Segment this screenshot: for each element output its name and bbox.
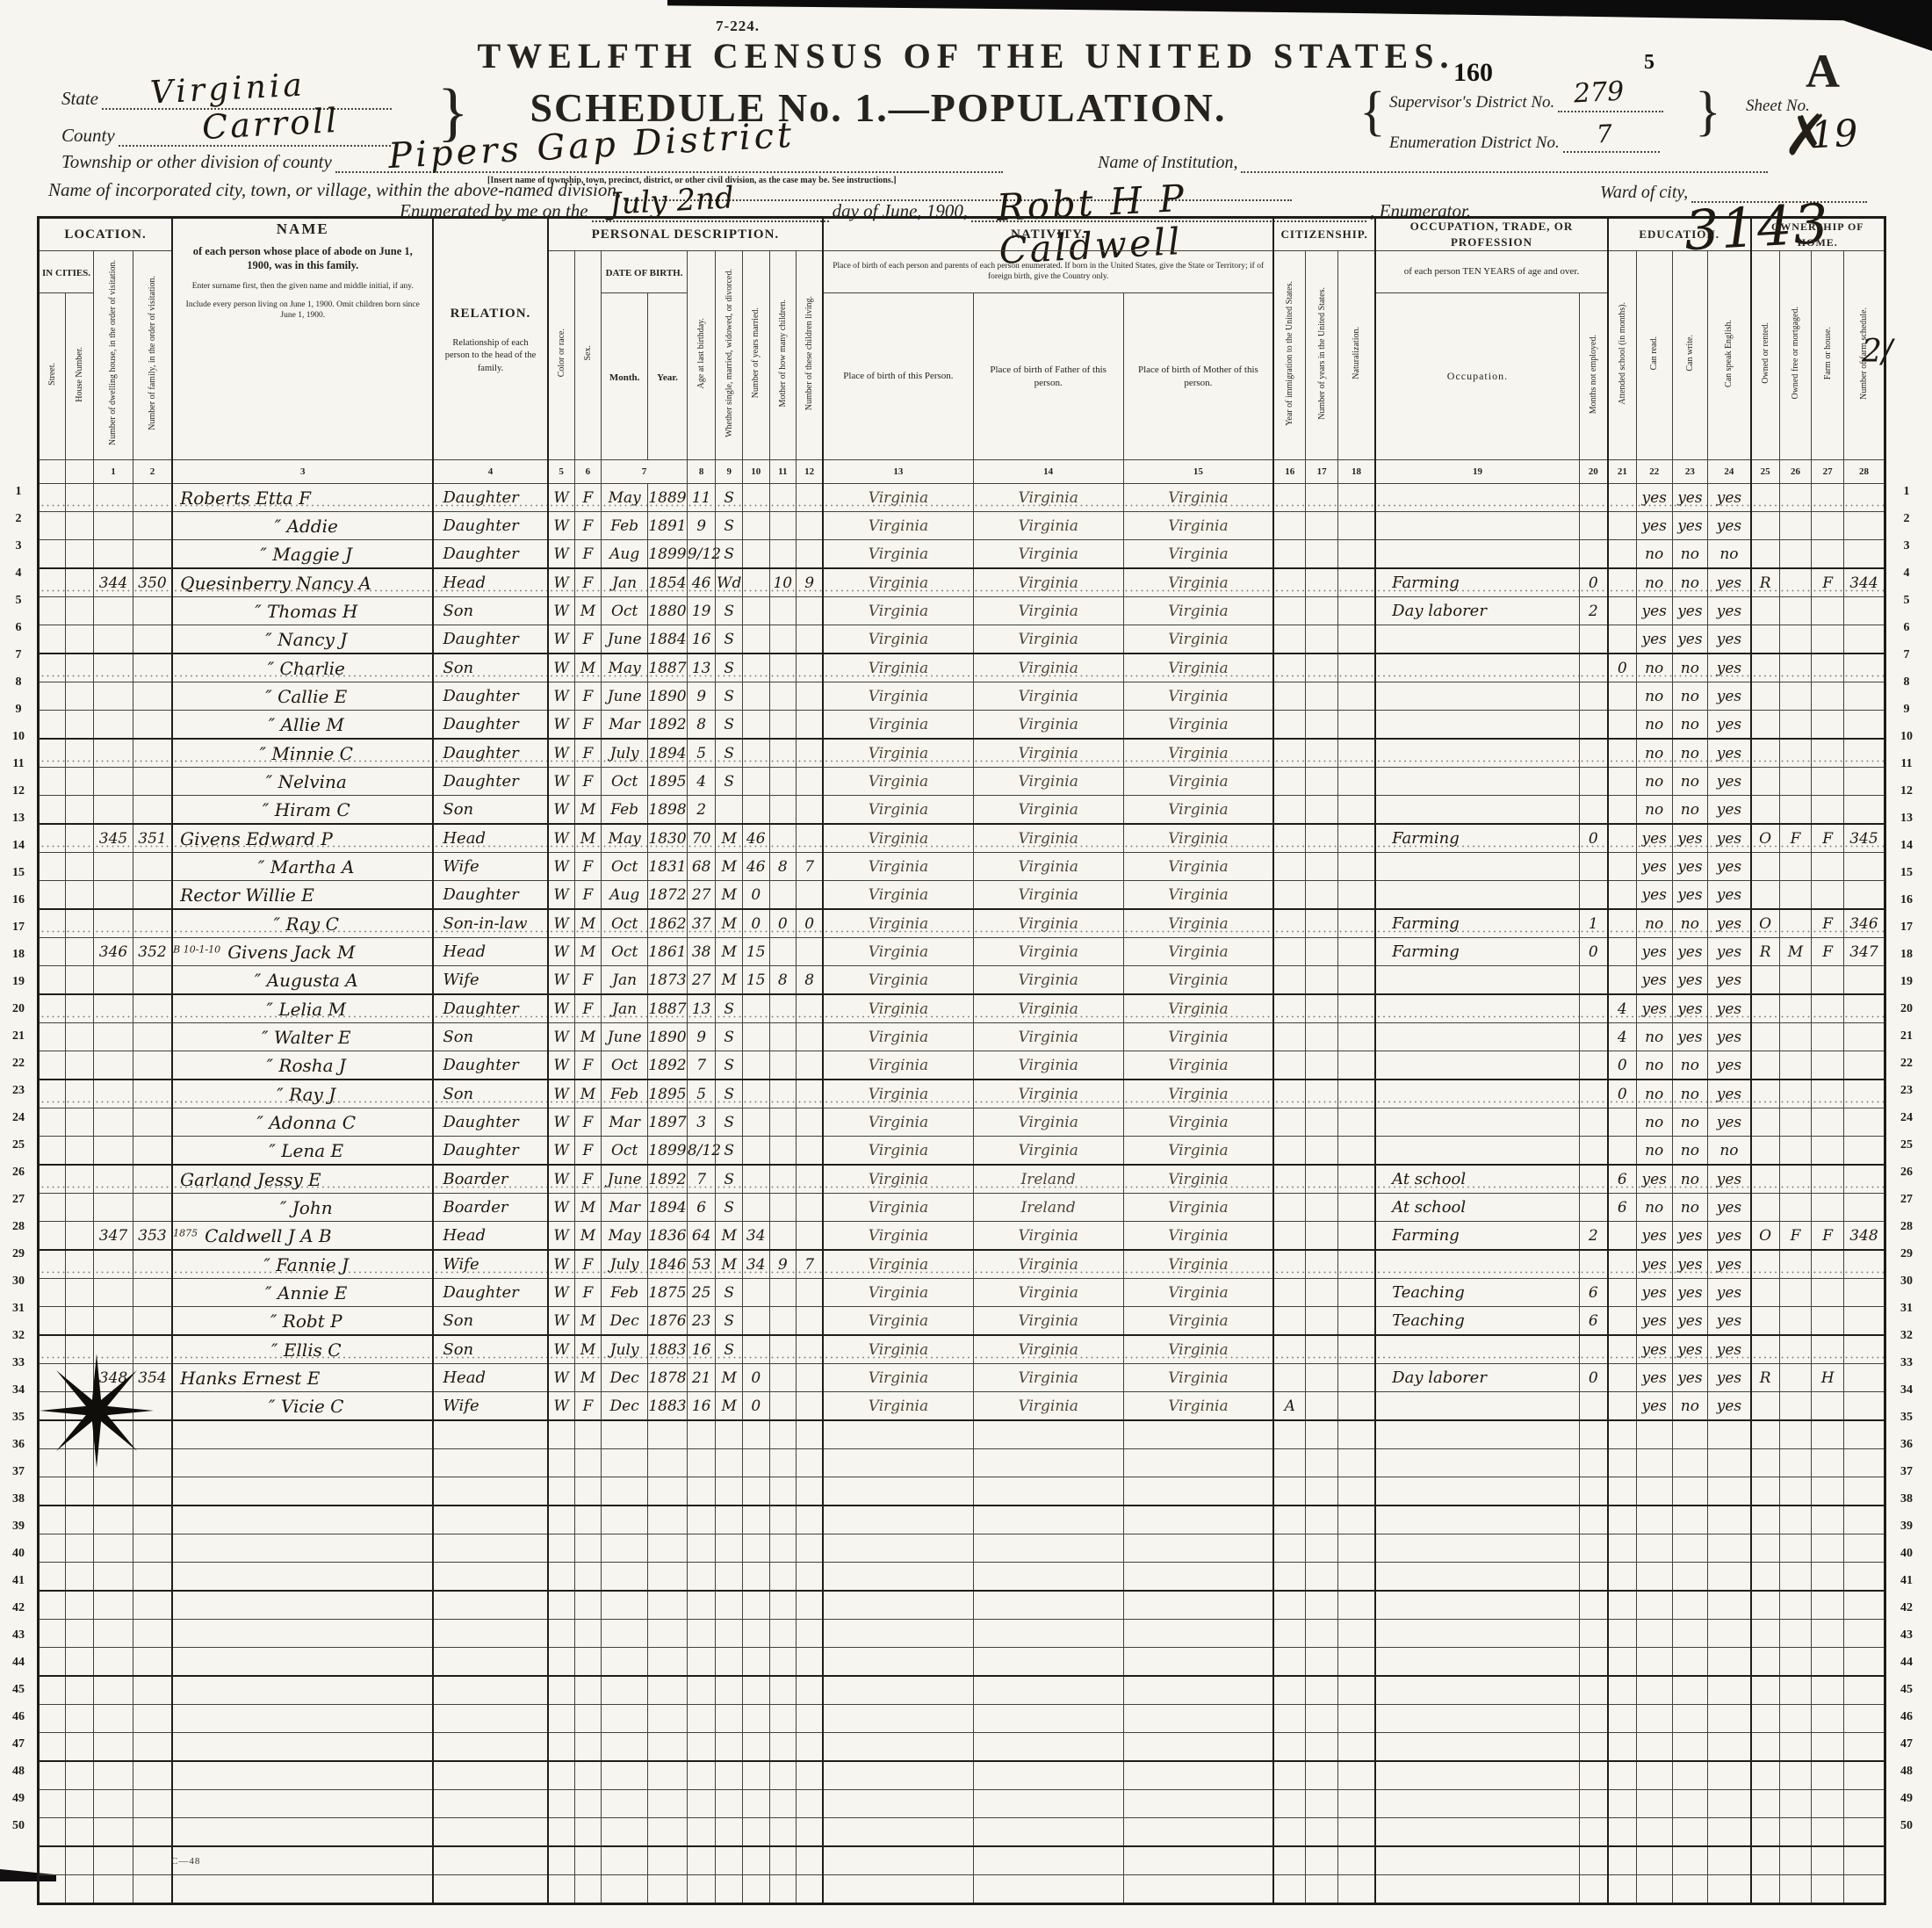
cell-pobm: Virginia — [1123, 1222, 1273, 1251]
handwritten-entry: Day laborer — [1376, 1368, 1487, 1387]
handwritten-entry: Farming — [1376, 942, 1460, 961]
cell-street — [39, 1761, 66, 1790]
handwritten-entry: M — [722, 830, 737, 848]
cell-house — [65, 1108, 94, 1137]
cell-mne — [1579, 540, 1608, 569]
col-children-living-label: Number of these children living. — [804, 293, 814, 413]
cell-sex: M — [574, 653, 602, 682]
cell-fh — [1812, 1477, 1844, 1506]
handwritten-entry: Wife — [434, 857, 479, 876]
cell-year: 1892 — [648, 1165, 688, 1194]
handwritten-entry: yes — [1677, 517, 1702, 535]
row-number: 14 — [4, 832, 33, 859]
cell-mtg — [1779, 1620, 1812, 1648]
cell-own — [1751, 512, 1780, 540]
cell-sex — [574, 1875, 602, 1904]
cell-mom: 8 — [769, 853, 797, 881]
handwritten-entry: yes — [1677, 489, 1702, 507]
cell-read: no — [1636, 682, 1672, 711]
handwritten-entry: S — [724, 1142, 734, 1159]
cell-street — [39, 1108, 66, 1137]
cell-dw — [94, 1818, 133, 1847]
enumeration-value: 7 — [1596, 119, 1613, 149]
handwritten-entry: Daughter — [434, 1283, 518, 1302]
cell-c17 — [1306, 711, 1338, 740]
handwritten-entry: yes — [1717, 886, 1741, 904]
cell-month — [602, 1846, 648, 1875]
cell-read — [1636, 1477, 1672, 1506]
cell-sex — [574, 1648, 602, 1677]
cell-name: ″ Augusta A — [172, 966, 433, 995]
cell-street — [39, 938, 66, 966]
cell-c17 — [1306, 1620, 1338, 1648]
handwritten-entry: no — [1645, 801, 1663, 819]
cell-house — [65, 994, 94, 1023]
cell-sex: M — [574, 1222, 602, 1251]
cell-fh — [1812, 796, 1844, 825]
cell-read: yes — [1636, 1364, 1672, 1392]
cell-mom — [769, 1761, 797, 1790]
handwritten-entry: yes — [1717, 943, 1741, 961]
cell-read — [1636, 1534, 1672, 1563]
cell-sch — [1608, 625, 1637, 654]
township-label: Township or other division of county — [61, 151, 332, 172]
cell-liv — [797, 1194, 824, 1222]
cell-dw — [94, 739, 133, 768]
cell-write: no — [1672, 711, 1708, 740]
handwritten-entry: Virginia — [1018, 517, 1078, 535]
handwritten-entry: no — [1681, 1199, 1699, 1217]
cell-occ — [1375, 853, 1579, 881]
table-row: 346352B 10-1-10Givens Jack MHeadWMOct186… — [39, 938, 1885, 966]
cell-rel — [433, 1761, 547, 1790]
cell-sex: F — [574, 966, 602, 995]
handwritten-entry: Virginia — [869, 1227, 928, 1245]
cell-own: O — [1751, 824, 1780, 853]
cell-occ: Teaching — [1375, 1279, 1579, 1307]
cell-mar: S — [716, 739, 743, 768]
handwritten-entry: Aug — [609, 545, 639, 563]
cell-pob — [823, 1705, 973, 1733]
cell-mar: S — [716, 1194, 743, 1222]
table-row: ″ Ray JSonWMFeb18955SVirginiaVirginiaVir… — [39, 1080, 1885, 1108]
cell-pobf: Virginia — [973, 1335, 1123, 1364]
handwritten-entry: W — [553, 574, 568, 592]
cell-occ — [1375, 1818, 1579, 1847]
cell-own — [1751, 1790, 1780, 1818]
cell-liv — [797, 1392, 824, 1421]
cell-dw — [94, 1051, 133, 1080]
cell-dw — [94, 853, 133, 881]
cell-sex — [574, 1563, 602, 1592]
cell-pob: Virginia — [823, 938, 973, 966]
cell-liv — [797, 1137, 824, 1166]
cell-write — [1672, 1534, 1708, 1563]
handwritten-entry: F — [583, 688, 594, 705]
handwritten-entry: 344 — [1849, 574, 1878, 592]
handwritten-entry: Virginia — [1168, 489, 1228, 507]
cell-liv — [797, 1307, 824, 1336]
handwritten-entry: Ireland — [1021, 1171, 1076, 1188]
handwritten-entry: Virginia — [869, 1029, 928, 1046]
row-number: 30 — [4, 1267, 33, 1295]
cell-occ: Farming — [1375, 1222, 1579, 1251]
cell-write: yes — [1672, 853, 1708, 881]
handwritten-entry: 1892 — [648, 1057, 686, 1074]
handwritten-entry: Virginia — [1168, 1086, 1228, 1103]
table-row: ″ Thomas HSonWMOct188019SVirginiaVirgini… — [39, 597, 1885, 625]
cell-c16 — [1273, 1733, 1306, 1762]
handwritten-entry: M — [580, 1029, 595, 1046]
cell-year — [648, 1506, 688, 1534]
cell-dw: 347 — [94, 1222, 133, 1251]
cell-mtg — [1779, 796, 1812, 825]
handwritten-entry: W — [553, 745, 568, 762]
handwritten-entry: 1883 — [648, 1341, 686, 1359]
cell-year: 1861 — [648, 938, 688, 966]
row-number: 12 — [4, 777, 33, 805]
cell-own — [1751, 1534, 1780, 1563]
cell-age: 9 — [687, 512, 716, 540]
handwritten-entry: ″ Nelvina — [259, 771, 347, 792]
cell-rel: Daughter — [433, 1108, 547, 1137]
handwritten-entry: Son-in-law — [434, 914, 527, 933]
handwritten-entry: yes — [1677, 830, 1702, 848]
cell-mtg — [1779, 1563, 1812, 1592]
handwritten-entry: 1876 — [648, 1312, 686, 1330]
cell-own — [1751, 796, 1780, 825]
cell-mom — [769, 1279, 797, 1307]
cell-age — [687, 1620, 716, 1648]
handwritten-entry: yes — [1717, 1171, 1741, 1188]
handwritten-entry: 1891 — [648, 517, 686, 535]
cell-read: no — [1636, 739, 1672, 768]
cell-write: yes — [1672, 966, 1708, 995]
column-numbers-row: 12 3 4 56 7 89101112 131415 161718 1920 … — [39, 460, 1885, 484]
cell-mar — [716, 1563, 743, 1592]
group-location: LOCATION. — [64, 227, 146, 242]
cell-yrs: 15 — [742, 938, 769, 966]
handwritten-entry: S — [724, 631, 734, 648]
cell-sex: F — [574, 881, 602, 910]
cell-color: W — [548, 1137, 575, 1166]
handwritten-entry: 1887 — [648, 660, 686, 677]
cell-mtg — [1779, 853, 1812, 881]
row-number: 5 — [4, 587, 33, 614]
cell-house — [65, 1222, 94, 1251]
handwritten-entry: 1890 — [648, 1029, 686, 1046]
cell-age — [687, 1818, 716, 1847]
cell-rel: Son — [433, 597, 547, 625]
cell-sex: M — [574, 909, 602, 938]
cell-mne — [1579, 653, 1608, 682]
handwritten-entry: Boarder — [434, 1170, 508, 1188]
row-number: 41 — [1892, 1567, 1921, 1594]
handwritten-entry: F — [583, 1142, 594, 1159]
cell-mom — [769, 1023, 797, 1051]
table-row: ″ Walter ESonWMJune18909SVirginiaVirgini… — [39, 1023, 1885, 1051]
cell-age: 19 — [687, 597, 716, 625]
cell-liv: 0 — [797, 909, 824, 938]
handwritten-entry: yes — [1717, 1341, 1741, 1359]
cell-sch — [1608, 796, 1637, 825]
handwritten-entry: ″ Maggie J — [254, 544, 352, 565]
handwritten-entry: Virginia — [1018, 1341, 1078, 1359]
cell-write — [1672, 1733, 1708, 1762]
cell-liv — [797, 1846, 824, 1875]
cell-c17 — [1306, 1279, 1338, 1307]
cell-own: O — [1751, 1222, 1780, 1251]
row-number: 20 — [1892, 995, 1921, 1022]
cell-c16 — [1273, 1023, 1306, 1051]
cell-mtg — [1779, 1392, 1812, 1421]
handwritten-entry: Virginia — [869, 830, 928, 848]
handwritten-entry: yes — [1642, 943, 1667, 961]
cell-pobf — [973, 1449, 1123, 1477]
cell-mtg — [1779, 909, 1812, 938]
cell-fs — [1843, 597, 1885, 625]
cell-color: W — [548, 597, 575, 625]
cell-color — [548, 1733, 575, 1762]
cell-yrs: 34 — [742, 1222, 769, 1251]
row-number: 44 — [4, 1649, 33, 1676]
cell-own: R — [1751, 1364, 1780, 1392]
cell-eng: yes — [1708, 768, 1751, 796]
census-rows: Roberts Etta FDaughterWFMay188911SVirgin… — [39, 484, 1885, 1904]
cell-fs — [1843, 1733, 1885, 1762]
cell-occ — [1375, 881, 1579, 910]
cell-mtg — [1779, 1705, 1812, 1733]
cell-name — [172, 1875, 433, 1904]
handwritten-entry: 0 — [1618, 1057, 1627, 1074]
cell-fam — [133, 1563, 172, 1592]
cell-c16 — [1273, 796, 1306, 825]
cell-occ — [1375, 1733, 1579, 1762]
handwritten-entry: 6 — [1589, 1284, 1598, 1302]
cell-fs — [1843, 1364, 1885, 1392]
handwritten-entry: M — [580, 1341, 595, 1359]
cell-sch — [1608, 1420, 1637, 1449]
handwritten-entry: Daughter — [434, 516, 518, 535]
handwritten-entry: no — [1681, 1086, 1699, 1103]
handwritten-entry: At school — [1376, 1170, 1466, 1188]
handwritten-entry: Ireland — [1021, 1199, 1076, 1217]
cell-house — [65, 1250, 94, 1279]
cell-pobf — [973, 1591, 1123, 1620]
cell-own — [1751, 1335, 1780, 1364]
cell-liv — [797, 1620, 824, 1648]
cell-rel: Son — [433, 1080, 547, 1108]
handwritten-entry: Virginia — [1018, 858, 1078, 876]
handwritten-entry: Virginia — [1018, 1397, 1078, 1415]
handwritten-entry: 15 — [746, 971, 766, 989]
cell-dw — [94, 1591, 133, 1620]
cell-own — [1751, 711, 1780, 740]
cell-c17 — [1306, 1222, 1338, 1251]
plate-mark: C—48 — [171, 1856, 200, 1867]
cell-fs: 348 — [1843, 1222, 1885, 1251]
cell-fh — [1812, 1307, 1844, 1336]
cell-sch — [1608, 853, 1637, 881]
row-number: 42 — [4, 1594, 33, 1621]
cell-occ: At school — [1375, 1165, 1579, 1194]
cell-age: 7 — [687, 1051, 716, 1080]
cell-name: ″ Walter E — [172, 1023, 433, 1051]
cell-street — [39, 540, 66, 569]
cell-own: R — [1751, 568, 1780, 597]
handwritten-entry: F — [583, 1284, 594, 1302]
cell-rel — [433, 1506, 547, 1534]
cell-own — [1751, 881, 1780, 910]
cell-mom — [769, 625, 797, 654]
handwritten-entry: ″ Martha A — [251, 856, 354, 877]
handwritten-entry: 64 — [692, 1227, 711, 1245]
cell-pobf — [973, 1648, 1123, 1677]
cell-read: no — [1636, 1023, 1672, 1051]
cell-liv — [797, 1875, 824, 1904]
cell-pobf: Ireland — [973, 1194, 1123, 1222]
cell-own — [1751, 1080, 1780, 1108]
handwritten-entry: 1884 — [648, 631, 686, 648]
cell-pob: Virginia — [823, 796, 973, 825]
cell-mne — [1579, 711, 1608, 740]
cell-name: ″ Callie E — [172, 682, 433, 711]
cell-sch — [1608, 1818, 1637, 1847]
handwritten-entry: ″ Thomas H — [248, 601, 357, 622]
cell-write: yes — [1672, 512, 1708, 540]
cell-age: 37 — [687, 909, 716, 938]
cell-mar: M — [716, 1392, 743, 1421]
cell-c18 — [1337, 1676, 1375, 1705]
cell-c17 — [1306, 682, 1338, 711]
cell-yrs: 46 — [742, 824, 769, 853]
handwritten-entry: no — [1681, 1114, 1699, 1131]
cell-eng: yes — [1708, 881, 1751, 910]
handwritten-entry: S — [724, 1086, 734, 1103]
cell-eng — [1708, 1790, 1751, 1818]
cell-mne — [1579, 1194, 1608, 1222]
handwritten-entry: Virginia — [1168, 688, 1228, 705]
row-number: 45 — [1892, 1676, 1921, 1703]
cell-name: ″ Rosha J — [172, 1051, 433, 1080]
handwritten-entry: W — [553, 1086, 568, 1103]
handwritten-entry: Virginia — [869, 1142, 928, 1159]
cell-mtg — [1779, 1449, 1812, 1477]
cell-read — [1636, 1620, 1672, 1648]
cell-dw: 345 — [94, 824, 133, 853]
cell-age — [687, 1676, 716, 1705]
cell-pobf: Virginia — [973, 540, 1123, 569]
cell-sch — [1608, 597, 1637, 625]
cell-house — [65, 1761, 94, 1790]
handwritten-entry: 16 — [692, 1341, 711, 1359]
handwritten-entry: yes — [1717, 1114, 1741, 1131]
cell-fh — [1812, 1620, 1844, 1648]
cell-year: 1890 — [648, 682, 688, 711]
cell-month: June — [602, 1023, 648, 1051]
cell-mom — [769, 711, 797, 740]
cell-liv — [797, 1818, 824, 1847]
cell-c18 — [1337, 1846, 1375, 1875]
cell-write: no — [1672, 653, 1708, 682]
table-row: ″ Fannie JWifeWFJuly184653M3497VirginiaV… — [39, 1250, 1885, 1279]
row-number: 47 — [4, 1730, 33, 1758]
handwritten-entry: 1 — [1589, 915, 1598, 933]
cell-write — [1672, 1563, 1708, 1592]
cell-color: W — [548, 1250, 575, 1279]
handwritten-entry: Virginia — [869, 1114, 928, 1131]
handwritten-entry: Son — [434, 1311, 473, 1330]
cell-fs — [1843, 1846, 1885, 1875]
cell-age — [687, 1420, 716, 1449]
handwritten-entry: Farming — [1376, 914, 1460, 933]
sheet-value: 19 — [1810, 112, 1859, 157]
cell-age: 21 — [687, 1364, 716, 1392]
cell-rel: Son — [433, 653, 547, 682]
handwritten-entry: W — [553, 971, 568, 989]
handwritten-entry: F — [1822, 915, 1833, 933]
cell-color: W — [548, 881, 575, 910]
cell-mtg — [1779, 625, 1812, 654]
cell-c16: A — [1273, 1392, 1306, 1421]
cell-month: June — [602, 1165, 648, 1194]
cell-fam — [133, 1137, 172, 1166]
cell-occ — [1375, 484, 1579, 512]
cell-sch: 4 — [1608, 1023, 1637, 1051]
row-number: 4 — [4, 560, 33, 587]
cell-pob: Virginia — [823, 1165, 973, 1194]
cell-pobf: Virginia — [973, 853, 1123, 881]
cell-read: no — [1636, 540, 1672, 569]
handwritten-entry: W — [553, 688, 568, 705]
row-number: 50 — [4, 1812, 33, 1839]
cell-c18 — [1337, 1534, 1375, 1563]
cell-eng: yes — [1708, 824, 1751, 853]
cell-c16 — [1273, 1620, 1306, 1648]
cell-mne — [1579, 739, 1608, 768]
handwritten-entry: S — [724, 545, 734, 563]
cell-liv — [797, 512, 824, 540]
cell-month: Feb — [602, 1279, 648, 1307]
cell-pobm: Virginia — [1123, 512, 1273, 540]
cell-fam: 353 — [133, 1222, 172, 1251]
row-number: 8 — [4, 668, 33, 696]
handwritten-entry: no — [1645, 1199, 1663, 1217]
handwritten-entry: Farming — [1376, 574, 1460, 592]
handwritten-entry: R — [1760, 1369, 1771, 1387]
handwritten-entry: yes — [1717, 858, 1741, 876]
cell-house — [65, 1307, 94, 1336]
cell-rel: Son — [433, 796, 547, 825]
cell-name: Hanks Ernest E — [172, 1364, 433, 1392]
handwritten-entry: 346 — [99, 943, 127, 961]
handwritten-entry: F — [583, 489, 594, 507]
cell-street — [39, 1620, 66, 1648]
cell-mar: Wd — [716, 568, 743, 597]
cell-c17 — [1306, 1705, 1338, 1733]
handwritten-entry: 9 — [696, 517, 706, 535]
cell-house — [65, 1534, 94, 1563]
cell-color: W — [548, 682, 575, 711]
handwritten-entry: July — [610, 1256, 639, 1274]
cell-pobm: Virginia — [1123, 1307, 1273, 1336]
cell-liv — [797, 1648, 824, 1677]
cell-pob: Virginia — [823, 1279, 973, 1307]
handwritten-entry: W — [553, 1199, 568, 1217]
cell-mne — [1579, 1392, 1608, 1421]
cell-color — [548, 1790, 575, 1818]
handwritten-entry: 3 — [696, 1114, 706, 1131]
